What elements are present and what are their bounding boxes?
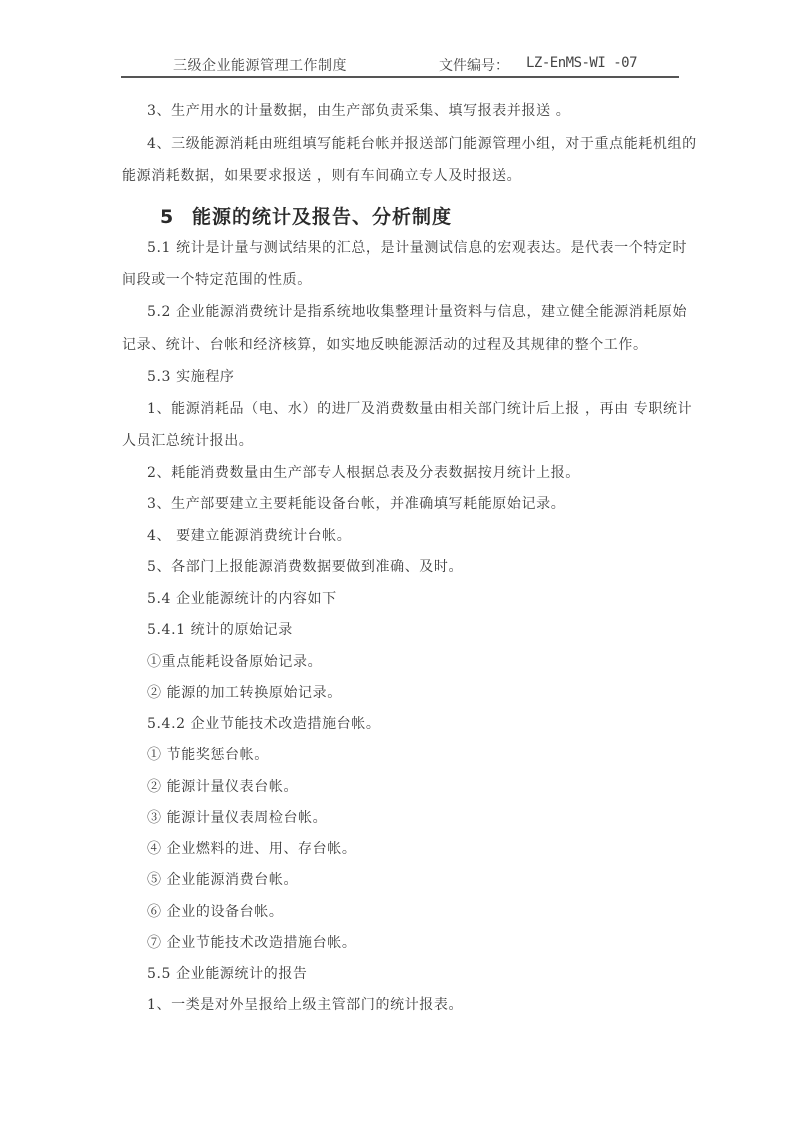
paragraph-line: 5.4.1 统计的原始记录	[147, 621, 293, 639]
paragraph-line: ① 节能奖惩台帐。	[147, 746, 269, 764]
paragraph-line: 5.5 企业能源统计的报告	[147, 965, 308, 983]
paragraph-line: 间段或一个特定范围的性质。	[122, 271, 312, 289]
section-number: 5	[160, 206, 192, 228]
paragraph-line: 1、一类是对外呈报给上级主管部门的统计报表。	[147, 996, 463, 1014]
paragraph-line: 5.4.2 企业节能技术改造措施台帐。	[147, 715, 380, 733]
paragraph-line: 5.4 企业能源统计的内容如下	[147, 590, 337, 608]
paragraph-line: 5、各部门上报能源消费数据要做到准确、及时。	[147, 558, 463, 576]
paragraph-line: 1、能源消耗品（电、水）的进厂及消费数量由相关部门统计后上报 ，再由 专职统计	[147, 400, 692, 418]
header-title: 三级企业能源管理工作制度	[173, 55, 347, 75]
paragraph-line: 人员汇总统计报出。	[122, 432, 253, 450]
paragraph-line: 4、三级能源消耗由班组填写能耗台帐并报送部门能源管理小组，对于重点能耗机组的	[147, 135, 697, 153]
paragraph-line: 5.3 实施程序	[147, 368, 235, 386]
paragraph-line: ② 能源计量仪表台帐。	[147, 778, 298, 796]
paragraph-line: 4、 要建立能源消费统计台帐。	[147, 527, 351, 545]
section-heading: 5能源的统计及报告、分析制度	[160, 202, 452, 229]
doc-number-label: 文件编号：	[439, 55, 509, 75]
doc-number-value: LZ-EnMS-WI -07	[526, 55, 637, 71]
paragraph-line: ③ 能源计量仪表周检台帐。	[147, 809, 327, 827]
paragraph-line: 记录、统计、台帐和经济核算，如实地反映能源活动的过程及其规律的整个工作。	[122, 336, 648, 354]
section-title: 能源的统计及报告、分析制度	[192, 206, 452, 228]
paragraph-line: ⑦ 企业节能技术改造措施台帐。	[147, 934, 356, 952]
paragraph-line: 3、生产用水的计量数据，由生产部负责采集、填写报表并报送 。	[147, 102, 570, 120]
paragraph-line: ② 能源的加工转换原始记录。	[147, 684, 342, 702]
page-header: 三级企业能源管理工作制度 文件编号： LZ-EnMS-WI -07	[121, 52, 679, 78]
paragraph-line: 3、生产部要建立主要耗能设备台帐，并准确填写耗能原始记录。	[147, 495, 565, 513]
paragraph-line: ④ 企业燃料的进、用、存台帐。	[147, 840, 356, 858]
paragraph-line: ⑥ 企业的设备台帐。	[147, 903, 283, 921]
paragraph-line: 2、耗能消费数量由生产部专人根据总表及分表数据按月统计上报。	[147, 464, 580, 482]
paragraph-line: 5.1 统计是计量与测试结果的汇总，是计量测试信息的宏观表达。是代表一个特定时	[147, 239, 687, 257]
paragraph-line: 5.2 企业能源消费统计是指系统地收集整理计量资料与信息，建立健全能源消耗原始	[147, 303, 687, 321]
paragraph-line: ⑤ 企业能源消费台帐。	[147, 871, 298, 889]
paragraph-line: 能源消耗数据，如果要求报送 ，则有车间确立专人及时报送。	[122, 167, 521, 185]
document-page: 三级企业能源管理工作制度 文件编号： LZ-EnMS-WI -07 3、生产用水…	[0, 0, 800, 1130]
paragraph-line: ①重点能耗设备原始记录。	[147, 653, 322, 671]
